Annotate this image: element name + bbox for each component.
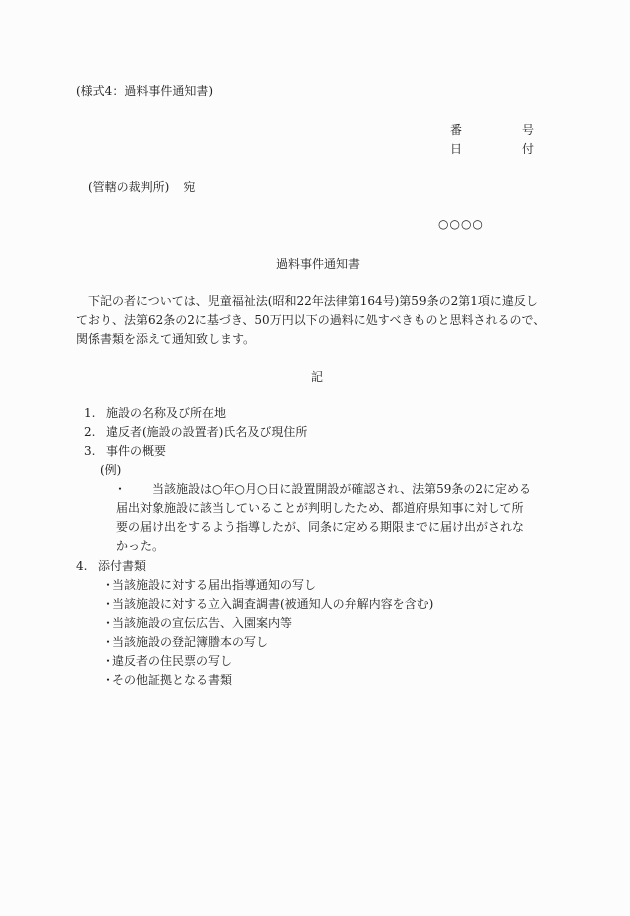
date-label-left: 日 <box>450 140 462 158</box>
document-title: 過料事件通知書 <box>276 255 360 273</box>
bullet-icon: ・ <box>102 652 112 670</box>
addressee-honorific: 宛 <box>183 180 195 194</box>
bullet-icon: ・ <box>102 671 112 689</box>
item-number: 1. <box>84 404 106 422</box>
item-number: 4. <box>76 557 98 575</box>
attachments-heading: 4.添付書類 <box>76 557 146 575</box>
attachments-list: ・当該施設に対する届出指導通知の写し ・当該施設に対する立入調査調書(被通知人の… <box>102 576 433 690</box>
list-item: ・当該施設に対する立入調査調書(被通知人の弁解内容を含む) <box>102 595 433 614</box>
example-label: (例) <box>100 461 121 479</box>
bullet-icon: ・ <box>102 614 112 632</box>
attachment-label: その他証拠となる書類 <box>112 673 232 687</box>
list-item: ・当該施設の登記簿謄本の写し <box>102 633 433 652</box>
attachments-heading-label: 添付書類 <box>98 559 146 573</box>
attachment-label: 当該施設に対する届出指導通知の写し <box>112 578 316 592</box>
ki-heading: 記 <box>311 368 323 386</box>
list-item: ・違反者の住民票の写し <box>102 652 433 671</box>
bullet-icon: ・ <box>114 480 126 499</box>
item-label: 施設の名称及び所在地 <box>106 406 226 420</box>
list-item: 1.施設の名称及び所在地 <box>84 404 307 423</box>
list-item: 3.事件の概要 <box>84 442 307 461</box>
date-label-right: 付 <box>522 140 534 158</box>
example-text: 当該施設は○年○月○日に設置開設が確認され、法第59条の2に定める届出対象施設に… <box>114 480 534 556</box>
number-label-right: 号 <box>522 121 534 139</box>
bullet-icon: ・ <box>102 595 112 613</box>
example-paragraph: ・ 当該施設は○年○月○日に設置開設が確認され、法第59条の2に定める届出対象施… <box>114 480 534 556</box>
attachment-label: 当該施設の登記簿謄本の写し <box>112 635 268 649</box>
item-number: 2. <box>84 423 106 441</box>
list-item: ・当該施設に対する届出指導通知の写し <box>102 576 433 595</box>
item-number: 3. <box>84 442 106 460</box>
addressee-court: (管轄の裁判所) <box>88 180 169 194</box>
document-date-field: 日 付 <box>450 140 534 158</box>
document-number-field: 番 号 <box>450 121 534 139</box>
bullet-icon: ・ <box>102 576 112 594</box>
attachment-label: 当該施設の宣伝広告、入園案内等 <box>112 616 292 630</box>
list-item: ・その他証拠となる書類 <box>102 671 433 690</box>
item-label: 違反者(施設の設置者)氏名及び現住所 <box>106 425 307 439</box>
attachment-label: 当該施設に対する立入調査調書(被通知人の弁解内容を含む) <box>112 597 433 611</box>
form-label: (様式4：過料事件通知書) <box>76 82 213 100</box>
sender-name: ○○○○ <box>438 215 484 233</box>
list-item: 2.違反者(施設の設置者)氏名及び現住所 <box>84 423 307 442</box>
bullet-icon: ・ <box>102 633 112 651</box>
addressee: (管轄の裁判所)宛 <box>88 178 195 196</box>
attachment-label: 違反者の住民票の写し <box>112 654 232 668</box>
list-item: ・当該施設の宣伝広告、入園案内等 <box>102 614 433 633</box>
item-label: 事件の概要 <box>106 444 166 458</box>
body-paragraph: 下記の者については、児童福祉法(昭和22年法律第164号)第59条の2第1項に違… <box>76 292 546 349</box>
number-label-left: 番 <box>450 121 462 139</box>
item-list: 1.施設の名称及び所在地 2.違反者(施設の設置者)氏名及び現住所 3.事件の概… <box>84 404 307 461</box>
